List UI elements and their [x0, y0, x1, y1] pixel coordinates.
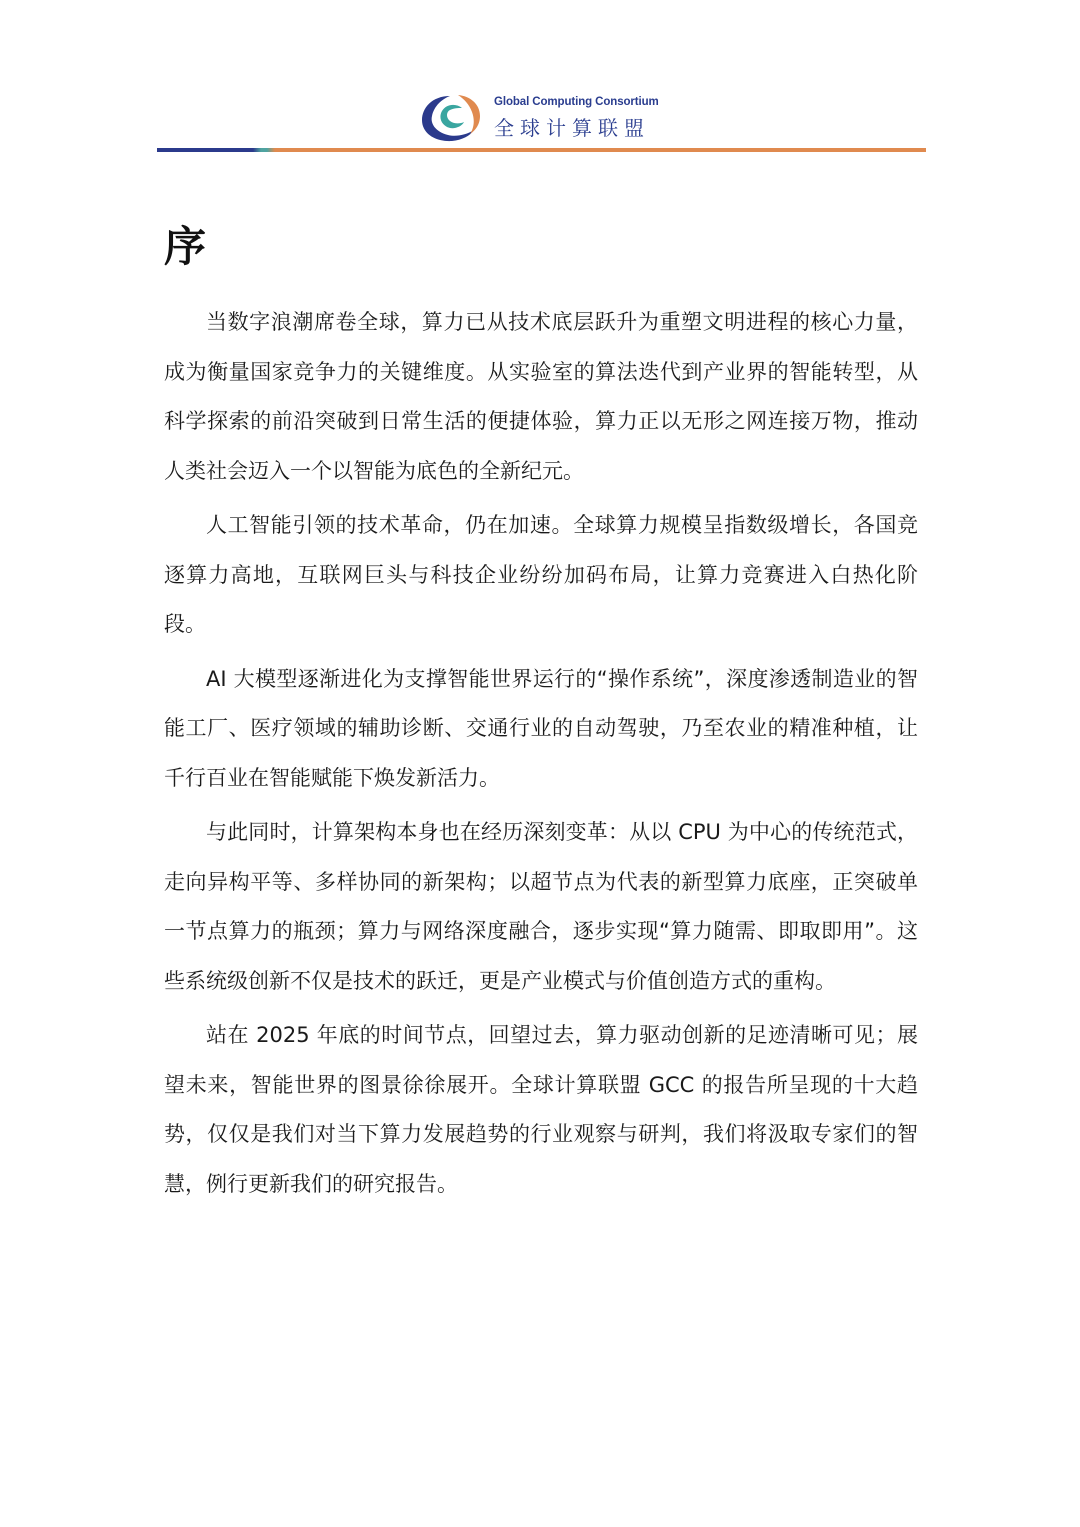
logo-chinese-name: 全球计算联盟: [494, 112, 650, 141]
preface-body: 当数字浪潮席卷全球，算力已从技术底层跃升为重塑文明进程的核心力量，成为衡量国家竞…: [164, 298, 918, 1214]
paragraph: 人工智能引领的技术革命，仍在加速。全球算力规模呈指数级增长，各国竞逐算力高地，互…: [164, 501, 918, 650]
header-divider: [157, 148, 926, 152]
gcc-logo-icon: [420, 92, 486, 144]
paragraph: 与此同时，计算架构本身也在经历深刻变革：从以 CPU 为中心的传统范式，走向异构…: [164, 808, 918, 1006]
paragraph: AI 大模型逐渐进化为支撑智能世界运行的“操作系统”，深度渗透制造业的智能工厂、…: [164, 655, 918, 804]
paragraph: 站在 2025 年底的时间节点，回望过去，算力驱动创新的足迹清晰可见；展望未来，…: [164, 1011, 918, 1209]
logo-english-name: Global Computing Consortium: [494, 96, 659, 108]
page-title: 序: [164, 226, 206, 268]
gcc-logo: Global Computing Consortium 全球计算联盟: [420, 92, 660, 144]
paragraph: 当数字浪潮席卷全球，算力已从技术底层跃升为重塑文明进程的核心力量，成为衡量国家竞…: [164, 298, 918, 496]
page-header: Global Computing Consortium 全球计算联盟: [0, 0, 1080, 160]
